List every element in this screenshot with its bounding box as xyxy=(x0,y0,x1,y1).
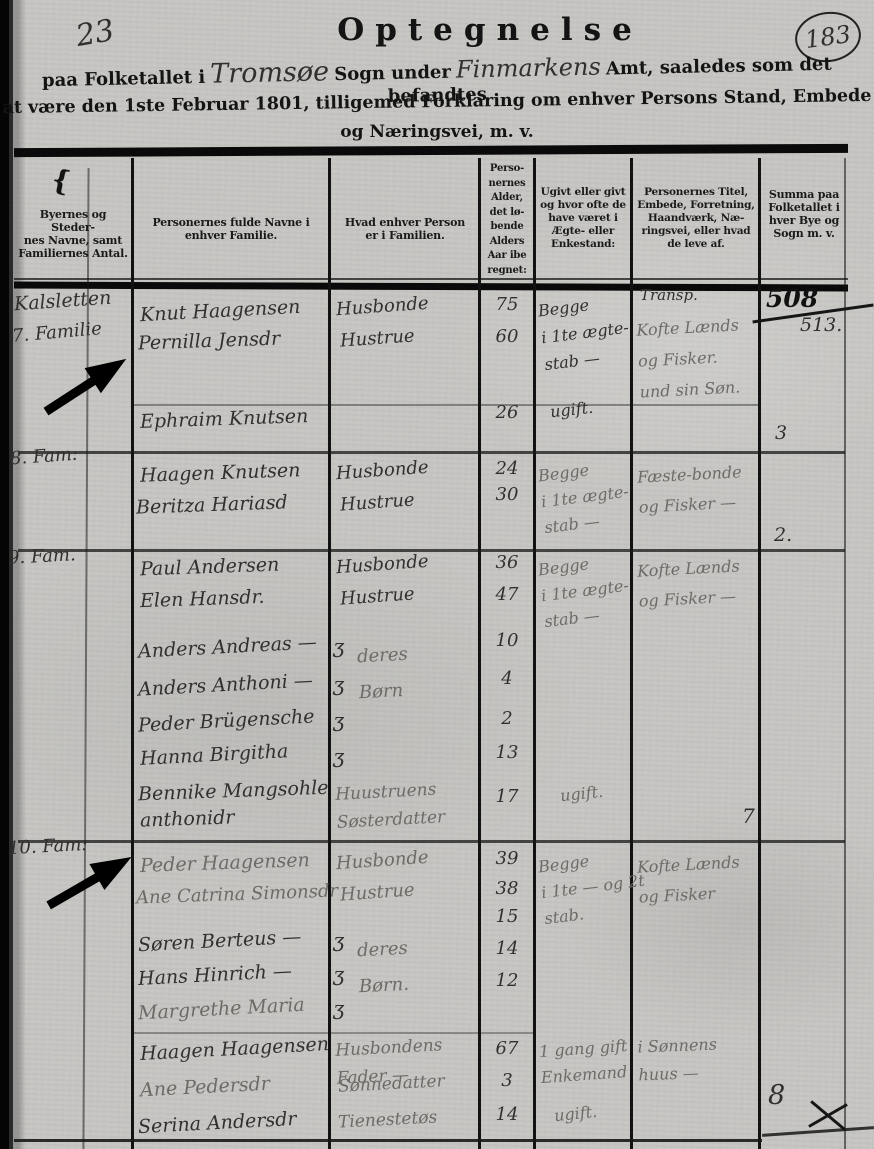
census-page: 23 Optegnelse 183 paa Folketallet i Trom… xyxy=(0,0,874,1149)
place-name: Kalsletten xyxy=(13,287,112,316)
scan-edge xyxy=(0,0,26,1149)
person-name: Peder Haagensen xyxy=(140,849,310,877)
col2-col3-rule xyxy=(328,158,331,1149)
person-name: Hans Hinrich — xyxy=(138,960,293,990)
page-title: Optegnelse xyxy=(300,12,680,48)
person-age: 17 xyxy=(486,786,528,807)
person-role: Husbonde xyxy=(335,551,429,578)
family-person-count: 3 xyxy=(775,422,787,444)
person-name: Beritza Hariasd xyxy=(136,491,288,518)
child-brace-mark: ʒ xyxy=(333,634,344,658)
person-age: 26 xyxy=(486,402,528,423)
family-label: 9. Fam. xyxy=(7,544,76,569)
family8-9-separator xyxy=(18,549,845,552)
child-brace-mark: ʒ xyxy=(333,672,344,696)
column-header-occupation: Personernes Titel, Embede, Forretning, H… xyxy=(634,186,758,251)
col3-col4-rule xyxy=(478,158,481,1149)
person-age: 12 xyxy=(486,970,528,991)
children-role-label: deres Børn. xyxy=(356,931,410,1006)
header-rule-bottom-thin xyxy=(14,278,848,280)
person-role: Hustrue xyxy=(339,879,415,905)
column-header-role: Hvad enhver Person er i Familien. xyxy=(334,216,476,242)
person-name: Søren Berteus — xyxy=(138,926,302,957)
col1-col2-rule xyxy=(131,158,134,1149)
occupation: Kofte Lænds og Fisker xyxy=(637,847,742,912)
cross-mark-stroke xyxy=(808,1103,848,1128)
person-name: Pernilla Jensdr xyxy=(138,328,281,355)
person-age: 14 xyxy=(486,1104,528,1125)
person-role: Hustrue xyxy=(339,583,415,609)
person-age: 39 xyxy=(486,848,528,869)
summa-corrected: 513. xyxy=(800,314,842,336)
marital-status: 1 gang gift Enkemand xyxy=(538,1033,630,1091)
subtitle-line-3: og Næringsvei, m. v. xyxy=(0,122,874,142)
person-name: Haagen Knutsen xyxy=(140,459,301,487)
person-name: Ane Pedersdr xyxy=(140,1073,271,1102)
person-role: Husbonde xyxy=(335,457,429,484)
column-header-names: Personernes fulde Navne i enhver Familie… xyxy=(136,216,326,242)
col5-col6-rule xyxy=(630,158,633,1149)
person-name: Knut Haagensen xyxy=(140,296,301,326)
person-age: 47 xyxy=(486,584,528,605)
person-age: 36 xyxy=(486,552,528,573)
person-age: 2 xyxy=(486,708,528,729)
person-age: 13 xyxy=(486,742,528,763)
person-name: Serina Andersdr xyxy=(138,1108,297,1138)
row-separator xyxy=(133,1032,533,1034)
person-role: Husbonde xyxy=(335,293,429,320)
child-brace-mark: ʒ xyxy=(333,708,344,732)
corner-page-number: 23 xyxy=(73,13,117,54)
person-age: 14 xyxy=(486,938,528,959)
person-role: Sønnedatter xyxy=(338,1071,446,1097)
marital-status: Begge i 1te — og 2t stab. xyxy=(537,842,650,932)
header-rule-top xyxy=(14,144,848,157)
col1-inner-rule xyxy=(82,168,89,1149)
person-name: Paul Andersen xyxy=(140,554,280,581)
marital-status: ugift. xyxy=(549,398,594,421)
person-name: Anders Anthoni — xyxy=(138,669,314,700)
person-age: 3 xyxy=(486,1070,528,1091)
bottom-rule xyxy=(14,1139,762,1142)
person-role: Tienestetøs xyxy=(338,1107,438,1132)
person-age: 38 xyxy=(486,878,528,899)
marital-status: Begge i 1te ægte- stab — xyxy=(537,547,634,635)
marital-status: Begge i 1te ægte- stab — xyxy=(537,453,634,541)
subtitle-mid: Sogn under xyxy=(334,62,451,85)
bottom-right-stroke xyxy=(762,1126,874,1136)
occupation-note: i Sønnens huus — xyxy=(637,1031,718,1090)
person-role: Huustruens Søsterdatter xyxy=(335,775,446,837)
family-person-count: 2. xyxy=(774,524,792,546)
person-age: 30 xyxy=(486,484,528,505)
person-role: Hustrue xyxy=(339,489,415,515)
marital-status: ugift. xyxy=(553,1102,598,1125)
parish-name-handwritten: Tromsøe xyxy=(210,56,329,89)
person-role: Husbonde xyxy=(335,847,429,874)
person-name: Hanna Birgitha xyxy=(140,740,289,770)
family9-10-separator xyxy=(18,840,845,843)
person-age: 67 xyxy=(486,1038,528,1059)
child-brace-mark: ʒ xyxy=(333,996,344,1020)
header-brace-mark: { xyxy=(49,162,73,198)
person-name: Peder Brügensche xyxy=(138,705,315,736)
person-name: Ephraim Knutsen xyxy=(140,405,309,433)
header-rule-bottom xyxy=(14,282,848,292)
occupation: Kofte Lænds og Fisker. und sin Søn. xyxy=(636,309,743,407)
family-person-count: 7 xyxy=(742,804,755,828)
person-name: Ane Catrina Simonsdr xyxy=(136,880,339,908)
column-header-places: Byernes og Steder- nes Navne, samt Famil… xyxy=(18,208,128,260)
person-name: Elen Hansdr. xyxy=(140,586,265,612)
occupation: Kofte Lænds og Fisker — xyxy=(637,551,742,616)
family7-8-separator xyxy=(18,451,845,454)
summa-transport-label: Transp. xyxy=(640,286,698,304)
person-name: Bennike Mangsohle xyxy=(138,777,329,806)
occupation: Fæste-bonde og Fisker — xyxy=(637,457,744,522)
subtitle-pre: paa Folketallet i xyxy=(42,67,206,91)
person-age: 60 xyxy=(486,326,528,347)
person-age: 24 xyxy=(486,458,528,479)
column-header-age: Perso- nernes Alder, det lø- bende Alder… xyxy=(481,162,533,278)
col6-col7-rule xyxy=(758,158,761,1149)
person-role: Hustrue xyxy=(339,325,415,351)
marital-status: ugift. xyxy=(559,782,604,805)
family-label: 10. Fam: xyxy=(8,834,88,859)
column-header-summa: Summa paa Folketallet i hver Bye og Sogn… xyxy=(762,188,846,240)
person-name: Margrethe Maria xyxy=(138,994,306,1025)
child-brace-mark: ʒ xyxy=(333,744,344,768)
person-name-second-line: anthonidr xyxy=(140,806,235,831)
person-age: 75 xyxy=(486,294,528,315)
person-age: 15 xyxy=(486,906,528,927)
child-brace-mark: ʒ xyxy=(333,928,344,952)
person-name: Anders Andreas — xyxy=(138,631,318,662)
county-name-handwritten: Finmarkens xyxy=(456,53,601,84)
children-role-label: deres Børn xyxy=(356,637,410,712)
person-age: 4 xyxy=(486,668,528,689)
child-brace-mark: ʒ xyxy=(333,962,344,986)
marital-status: Begge i 1te ægte- stab — xyxy=(536,287,633,378)
family-label: 8. Fam: xyxy=(9,444,78,470)
person-name: Haagen Haagensen xyxy=(140,1033,330,1065)
col4-col5-rule xyxy=(533,158,536,1149)
family-person-count: 8 xyxy=(768,1080,785,1111)
summa-previous: 508 xyxy=(766,284,818,313)
column-header-marital: Ugivt eller givt og hvor ofte de have væ… xyxy=(537,186,629,251)
person-age: 10 xyxy=(486,630,528,651)
